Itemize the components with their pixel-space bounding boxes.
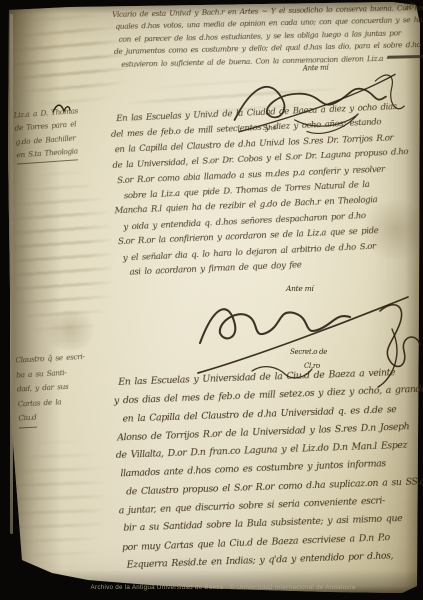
signature-title-line: Secret.o de: [290, 348, 327, 356]
manuscript-paragraph-1: Vicario de esta Univ.d y Bach.r en Artes…: [112, 2, 419, 71]
margin-note-1: Liz.a a D. Thomas de Torres para el g.do…: [13, 101, 121, 164]
page-edge-highlight: [10, 14, 13, 534]
closing-dash-mark: [387, 55, 423, 59]
ante-mi-label: Ante mí: [286, 284, 314, 293]
manuscript-paragraph-2: En las Escuelas y Univ.d de la Ciudad de…: [110, 98, 423, 282]
ante-mi-label: Ante mí: [303, 64, 329, 73]
archive-watermark: Archivo de la Antigua Universidad de Bae…: [55, 584, 391, 591]
photo-frame: 28 Vicario de esta Univ.d y Bach.r en Ar…: [0, 0, 423, 600]
manuscript-line: Ciu.d: [18, 411, 37, 429]
margin-note-2: Claustro q̃ se escri- ba a su Santi- dad…: [15, 348, 117, 428]
manuscript-paragraph-3: En las Escuelas y Universidad de la Ciu.…: [113, 363, 423, 575]
